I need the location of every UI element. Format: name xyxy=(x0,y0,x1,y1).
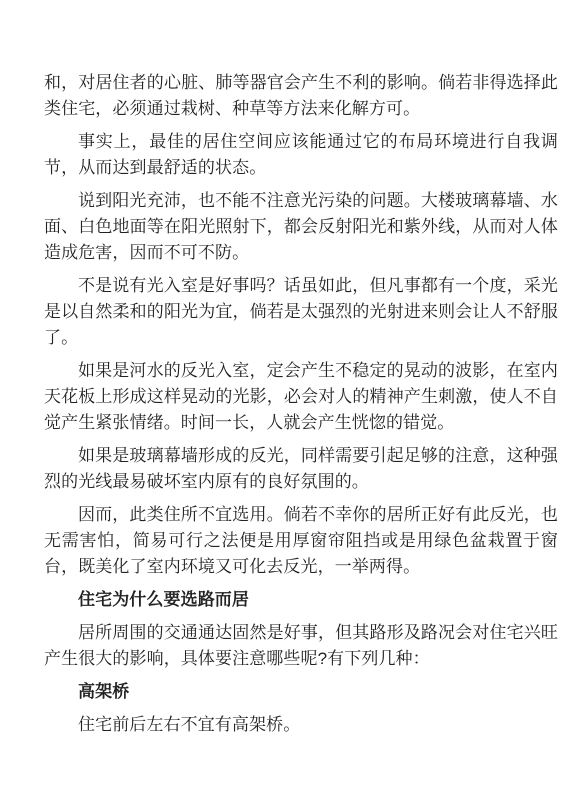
section-heading: 住宅为什么要选路而居 xyxy=(44,587,558,613)
paragraph: 住宅前后左右不宜有高架桥。 xyxy=(44,712,558,738)
paragraph: 事实上，最佳的居住空间应该能通过它的布局环境进行自我调节，从而达到最舒适的状态。 xyxy=(44,129,558,181)
paragraph: 如果是河水的反光入室，定会产生不稳定的晃动的波影，在室内天花板上形成这样晃动的光… xyxy=(44,358,558,436)
paragraph: 居所周围的交通通达固然是好事，但其路形及路况会对住宅兴旺产生很大的影响，具体要注… xyxy=(44,620,558,672)
paragraph: 如果是玻璃幕墙形成的反光，同样需要引起足够的注意，这种强烈的光线最易破坏室内原有… xyxy=(44,443,558,495)
document-page: 和，对居住者的心脏、肺等器官会产生不利的影响。倘若非得选择此类住宅，必须通过栽树… xyxy=(0,0,572,808)
paragraph: 不是说有光入室是好事吗？话虽如此，但凡事都有一个度，采光是以自然柔和的阳光为宜，… xyxy=(44,273,558,351)
page-content: 和，对居住者的心脏、肺等器官会产生不利的影响。倘若非得选择此类住宅，必须通过栽树… xyxy=(0,0,572,808)
paragraph: 因而，此类住所不宜选用。倘若不幸你的居所正好有此反光，也无需害怕，简易可行之法便… xyxy=(44,502,558,580)
section-heading: 高架桥 xyxy=(44,679,558,705)
paragraph: 说到阳光充沛，也不能不注意光污染的问题。大楼玻璃幕墙、水面、白色地面等在阳光照射… xyxy=(44,188,558,266)
paragraph: 和，对居住者的心脏、肺等器官会产生不利的影响。倘若非得选择此类住宅，必须通过栽树… xyxy=(44,70,558,122)
